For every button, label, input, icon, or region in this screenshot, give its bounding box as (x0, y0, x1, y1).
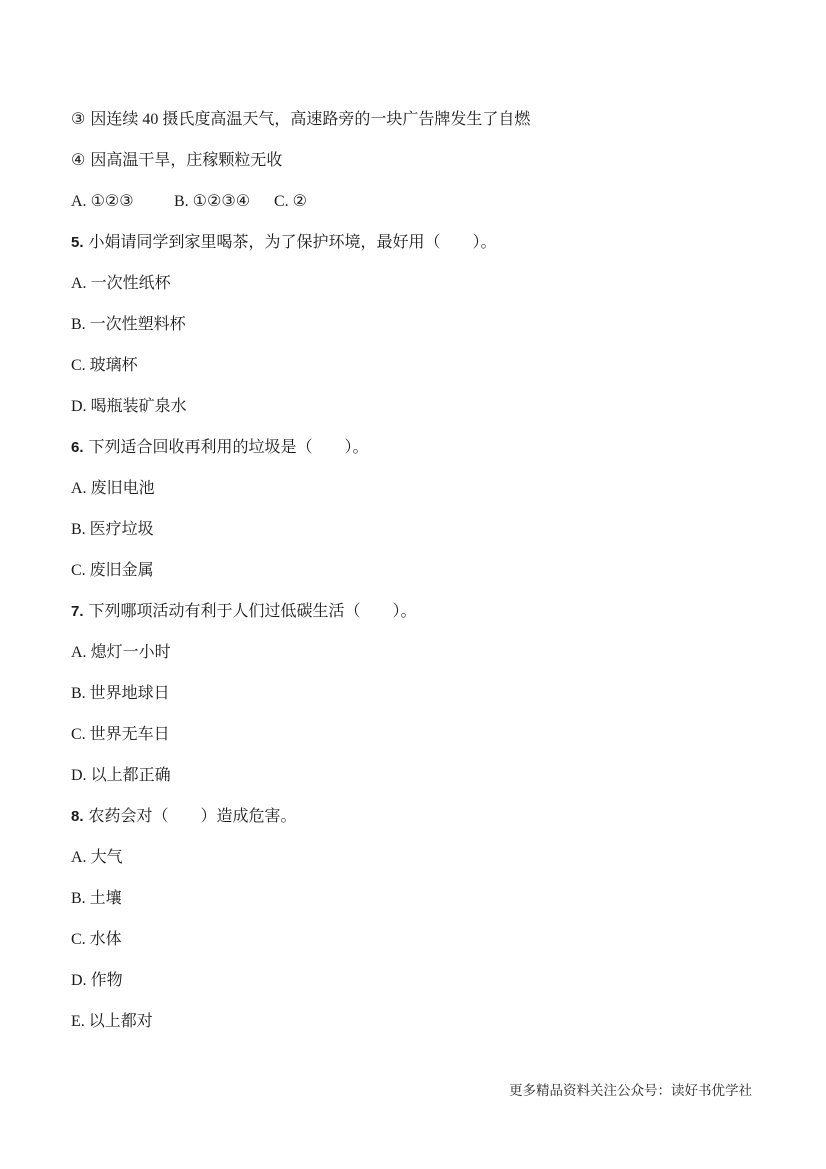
question-7-option-c-label: C. (71, 726, 86, 743)
statement-answer-row: A.①②③B.①②③④C.② (71, 181, 771, 222)
question-6-stem: 6.下列适合回收再利用的垃圾是（ ）。 (71, 427, 771, 468)
question-5-option-c: C.玻璃杯 (71, 345, 771, 386)
question-8-option-d-label: D. (71, 972, 87, 989)
answer-choice-c-value: ② (293, 193, 307, 210)
question-5-number: 5. (71, 234, 84, 251)
question-7-option-b-label: B. (71, 685, 86, 702)
question-7-number: 7. (71, 603, 84, 620)
answer-choice-b-label: B. (174, 193, 189, 210)
question-8-option-c-text: 水体 (90, 931, 122, 948)
question-6-number: 6. (71, 439, 84, 456)
answer-choice-a-value: ①②③ (91, 193, 134, 210)
statement-3-marker: ③ (71, 111, 85, 128)
statement-4-marker: ④ (71, 152, 85, 169)
statement-line-3: ③因连续 40 摄氏度高温天气，高速路旁的一块广告牌发生了自燃 (71, 99, 771, 140)
question-7-option-d: D.以上都正确 (71, 755, 771, 796)
question-6-option-a-text: 废旧电池 (91, 480, 155, 497)
question-5-option-c-label: C. (71, 357, 86, 374)
question-5-text: 小娟请同学到家里喝茶，为了保护环境，最好用（ ）。 (89, 234, 497, 251)
statement-3-text: 因连续 40 摄氏度高温天气，高速路旁的一块广告牌发生了自燃 (90, 111, 530, 128)
question-8-text: 农药会对（ ）造成危害。 (89, 808, 297, 825)
document-page: ③因连续 40 摄氏度高温天气，高速路旁的一块广告牌发生了自燃 ④因高温干旱，庄… (0, 0, 826, 1169)
question-6-option-a-label: A. (71, 480, 87, 497)
question-5-option-d: D.喝瓶装矿泉水 (71, 386, 771, 427)
question-5-stem: 5.小娟请同学到家里喝茶，为了保护环境，最好用（ ）。 (71, 222, 771, 263)
question-8-option-b: B.土壤 (71, 878, 771, 919)
question-7-option-c: C.世界无车日 (71, 714, 771, 755)
question-8-option-e-text: 以上都对 (89, 1013, 153, 1030)
page-footer: 更多精品资料关注公众号：读好书优学社 (509, 1082, 752, 1099)
answer-choice-b: B.①②③④ (174, 181, 274, 222)
question-7-option-a: A.熄灯一小时 (71, 632, 771, 673)
question-7-option-d-label: D. (71, 767, 87, 784)
question-6-text: 下列适合回收再利用的垃圾是（ ）。 (89, 439, 369, 456)
question-5-option-d-text: 喝瓶装矿泉水 (91, 398, 187, 415)
exam-question-list: ③因连续 40 摄氏度高温天气，高速路旁的一块广告牌发生了自燃 ④因高温干旱，庄… (71, 99, 771, 1042)
question-7-option-a-label: A. (71, 644, 87, 661)
question-6-option-a: A.废旧电池 (71, 468, 771, 509)
question-8-option-a: A.大气 (71, 837, 771, 878)
question-5-option-a-text: 一次性纸杯 (91, 275, 171, 292)
question-5-option-b: B.一次性塑料杯 (71, 304, 771, 345)
question-5-option-c-text: 玻璃杯 (90, 357, 138, 374)
question-7-text: 下列哪项活动有利于人们过低碳生活（ ）。 (89, 603, 417, 620)
question-5-option-a: A.一次性纸杯 (71, 263, 771, 304)
question-8-option-a-label: A. (71, 849, 87, 866)
answer-choice-a-label: A. (71, 193, 87, 210)
question-8-option-e: E.以上都对 (71, 1001, 771, 1042)
answer-choice-b-value: ①②③④ (193, 193, 250, 210)
question-5-option-d-label: D. (71, 398, 87, 415)
question-7-stem: 7.下列哪项活动有利于人们过低碳生活（ ）。 (71, 591, 771, 632)
question-5-option-b-text: 一次性塑料杯 (90, 316, 186, 333)
question-8-option-c: C.水体 (71, 919, 771, 960)
question-8-option-d-text: 作物 (91, 972, 123, 989)
question-6-option-c-label: C. (71, 562, 86, 579)
question-6-option-b-text: 医疗垃圾 (90, 521, 154, 538)
question-8-option-e-label: E. (71, 1013, 85, 1030)
question-8-option-a-text: 大气 (91, 849, 123, 866)
question-5-option-b-label: B. (71, 316, 86, 333)
answer-choice-a: A.①②③ (71, 181, 174, 222)
answer-choice-c: C.② (274, 181, 307, 222)
question-7-option-c-text: 世界无车日 (90, 726, 170, 743)
footer-promo-text: 更多精品资料关注公众号：读好书优学社 (509, 1083, 752, 1098)
question-8-option-d: D.作物 (71, 960, 771, 1001)
question-8-number: 8. (71, 808, 84, 825)
question-8-option-b-text: 土壤 (90, 890, 122, 907)
question-8-option-c-label: C. (71, 931, 86, 948)
statement-line-4: ④因高温干旱，庄稼颗粒无收 (71, 140, 771, 181)
question-7-option-a-text: 熄灯一小时 (91, 644, 171, 661)
question-6-option-c-text: 废旧金属 (90, 562, 154, 579)
question-5-option-a-label: A. (71, 275, 87, 292)
answer-choice-c-label: C. (274, 193, 289, 210)
question-8-stem: 8.农药会对（ ）造成危害。 (71, 796, 771, 837)
question-7-option-d-text: 以上都正确 (91, 767, 171, 784)
question-7-option-b: B.世界地球日 (71, 673, 771, 714)
question-7-option-b-text: 世界地球日 (90, 685, 170, 702)
question-6-option-c: C.废旧金属 (71, 550, 771, 591)
question-8-option-b-label: B. (71, 890, 86, 907)
statement-4-text: 因高温干旱，庄稼颗粒无收 (90, 152, 282, 169)
question-6-option-b: B.医疗垃圾 (71, 509, 771, 550)
question-6-option-b-label: B. (71, 521, 86, 538)
